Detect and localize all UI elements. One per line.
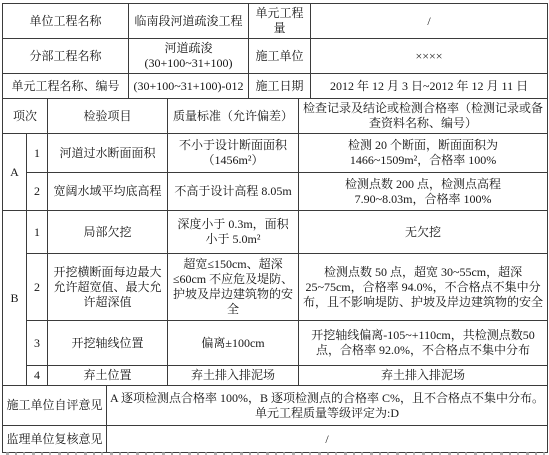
table-row: B 1 局部欠挖 深度小于 0.3m，面积 小于 5.0m² 无欠挖 (3, 211, 548, 254)
item-cell: 局部欠挖 (48, 211, 168, 254)
unit-name-code-value: (30+100~31+100)-012 (129, 74, 249, 99)
inspection-record-document: 单位工程名称 临南段河道疏浚工程 单元工程量 / 分部工程名称 河道疏浚 (30… (0, 0, 549, 455)
info-row-unit-project: 单位工程名称 临南段河道疏浚工程 单元工程量 / (3, 4, 548, 39)
row-number: 4 (27, 366, 48, 386)
construction-date-label: 施工日期 (249, 74, 311, 99)
table-row: 4 弃土位置 弃土排入排泥场 弃土排入排泥场 (3, 366, 548, 386)
unit-name-code-label: 单元工程名称、编号 (3, 74, 129, 99)
record-cell: 无欠挖 (299, 211, 548, 254)
group-a-label: A (3, 134, 27, 211)
construction-unit-value: ×××× (311, 39, 548, 74)
division-project-name-value: 河道疏浚 (30+100~31+100) (129, 39, 249, 74)
standard-cell: 不高于设计高程 8.05m (168, 173, 299, 211)
unit-project-name-value: 临南段河道疏浚工程 (129, 4, 249, 39)
construction-unit-label: 施工单位 (249, 39, 311, 74)
header-index: 项次 (3, 99, 48, 134)
table-row: 2 开挖横断面每边最大允许超宽值、最大允许超深值 超宽≤150cm、超深≤60c… (3, 254, 548, 321)
table-header-row: 项次 检验项目 质量标准（允许偏差） 检查记录及结论或检测合格率（检测记录或备查… (3, 99, 548, 134)
record-cell: 弃土排入排泥场 (299, 366, 548, 386)
row-number: 2 (27, 173, 48, 211)
row-number: 3 (27, 321, 48, 366)
info-row-unit-code: 单元工程名称、编号 (30+100~31+100)-012 施工日期 2012 … (3, 74, 548, 99)
standard-cell: 不小于设计断面面积（1456m²） (168, 134, 299, 173)
record-cell: 检测 20 个断面，断面面积为 1466~1509m²，合格率 100% (299, 134, 548, 173)
table-row: 2 宽阔水域平均底高程 不高于设计高程 8.05m 检测点数 200 点，检测点… (3, 173, 548, 211)
unit-quantity-label: 单元工程量 (249, 4, 311, 39)
row-number: 2 (27, 254, 48, 321)
group-b-label: B (3, 211, 27, 386)
item-cell: 河道过水断面面积 (48, 134, 168, 173)
supervisor-review-label: 监理单位复核意见 (3, 426, 107, 453)
table-row: 3 开挖轴线位置 偏离±100cm 开挖轴线偏离-105~+110cm，共检测点… (3, 321, 548, 366)
division-project-name-label: 分部工程名称 (3, 39, 129, 74)
self-assessment-label: 施工单位自评意见 (3, 386, 107, 426)
header-record: 检查记录及结论或检测合格率（检测记录或备查资料名称、编号） (299, 99, 548, 134)
record-cell: 开挖轴线偏离-105~+110cm，共检测点数50 点，合格率 92.0%，不合… (299, 321, 548, 366)
supervisor-review-row: 监理单位复核意见 / (3, 426, 548, 453)
table-row: A 1 河道过水断面面积 不小于设计断面面积（1456m²） 检测 20 个断面… (3, 134, 548, 173)
unit-project-name-label: 单位工程名称 (3, 4, 129, 39)
self-assessment-value: A 逐项检测点合格率 100%，B 逐项检测点的合格率 C%，且不合格点不集中分… (107, 386, 548, 426)
self-assessment-row: 施工单位自评意见 A 逐项检测点合格率 100%，B 逐项检测点的合格率 C%，… (3, 386, 548, 426)
item-cell: 开挖横断面每边最大允许超宽值、最大允许超深值 (48, 254, 168, 321)
header-item: 检验项目 (48, 99, 168, 134)
row-number: 1 (27, 134, 48, 173)
supervisor-review-value: / (107, 426, 548, 453)
standard-cell: 弃土排入排泥场 (168, 366, 299, 386)
unit-project-quality-table: 单位工程名称 临南段河道疏浚工程 单元工程量 / 分部工程名称 河道疏浚 (30… (2, 3, 548, 453)
standard-cell: 超宽≤150cm、超深≤60cm 不应危及堤防、护坡及岸边建筑物的安全 (168, 254, 299, 321)
unit-quantity-value: / (311, 4, 548, 39)
standard-cell: 深度小于 0.3m，面积 小于 5.0m² (168, 211, 299, 254)
row-number: 1 (27, 211, 48, 254)
info-row-division-project: 分部工程名称 河道疏浚 (30+100~31+100) 施工单位 ×××× (3, 39, 548, 74)
item-cell: 弃土位置 (48, 366, 168, 386)
item-cell: 宽阔水域平均底高程 (48, 173, 168, 211)
item-cell: 开挖轴线位置 (48, 321, 168, 366)
header-standard: 质量标准（允许偏差） (168, 99, 299, 134)
record-cell: 检测点数 200 点，检测点高程 7.90~8.03m，合格率 100% (299, 173, 548, 211)
record-cell: 检测点数 50 点，超宽 30~55cm，超深25~75cm，合格率 94.0%… (299, 254, 548, 321)
construction-date-value: 2012 年 12 月 3 日~2012 年 12 月 11 日 (311, 74, 548, 99)
standard-cell: 偏离±100cm (168, 321, 299, 366)
